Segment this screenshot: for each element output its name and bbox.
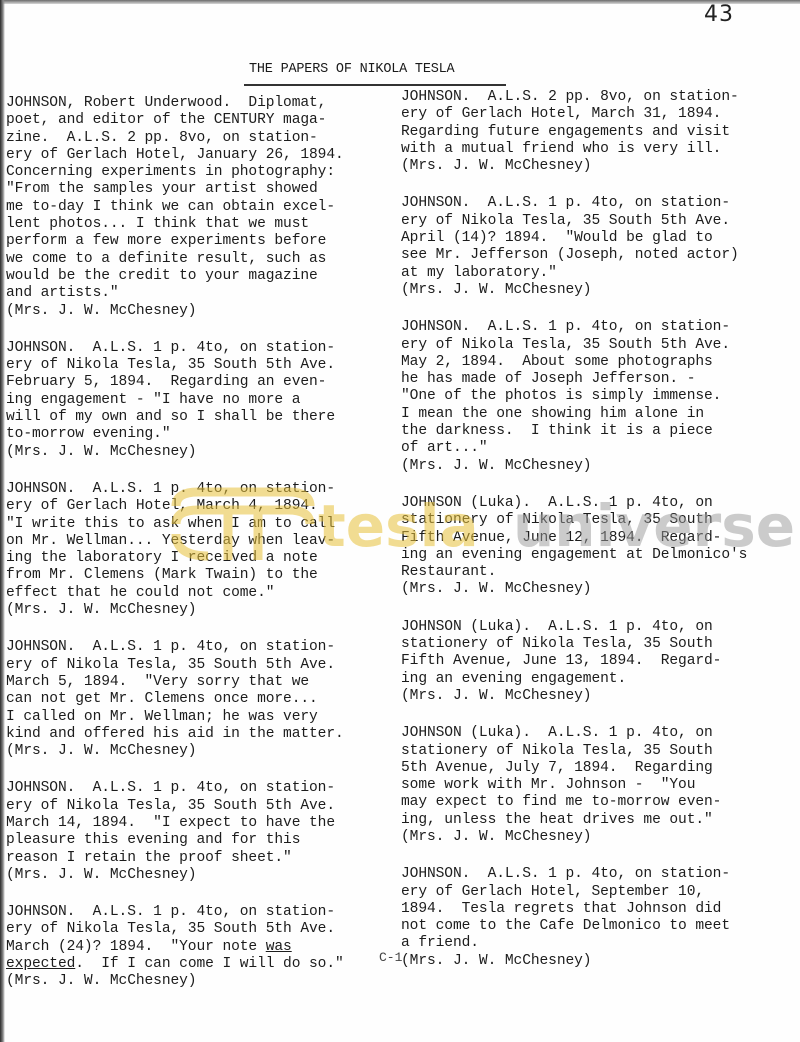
entry-line: JOHNSON. A.L.S. 1 p. 4to, on station- [401, 195, 796, 212]
catalog-entry: JOHNSON. A.L.S. 1 p. 4to, on station-ery… [6, 340, 391, 461]
entry-line: he has made of Joseph Jefferson. - [401, 371, 796, 388]
catalog-entry: JOHNSON (Luka). A.L.S. 1 p. 4to, onstati… [401, 619, 796, 705]
catalog-entry: JOHNSON. A.L.S. 1 p. 4to, on station-ery… [401, 866, 796, 970]
entry-line: "One of the photos is simply immense. [401, 388, 796, 405]
entry-line: may expect to find me to-morrow even- [401, 794, 796, 811]
entry-line: I mean the one showing him alone in [401, 406, 796, 423]
entry-line: reason I retain the proof sheet." [6, 850, 391, 867]
entry-line: ing an evening engagement. [401, 671, 796, 688]
entry-line: ery of Gerlach Hotel, January 26, 1894. [6, 147, 391, 164]
entry-line: ery of Nikola Tesla, 35 South 5th Ave. [401, 213, 796, 230]
entry-line: ery of Nikola Tesla, 35 South 5th Ave. [6, 921, 391, 938]
entry-line: kind and offered his aid in the matter. [6, 726, 391, 743]
entry-line: lent photos... I think that we must [6, 216, 391, 233]
entry-line: JOHNSON. A.L.S. 1 p. 4to, on station- [6, 639, 391, 656]
catalog-entry: JOHNSON. A.L.S. 1 p. 4to, on station-ery… [6, 481, 391, 619]
entry-line: JOHNSON. A.L.S. 1 p. 4to, on station- [6, 780, 391, 797]
entry-line: on Mr. Wellman... Yesterday when leav- [6, 533, 391, 550]
entry-line: (Mrs. J. W. McChesney) [6, 602, 391, 619]
entry-line: ing, unless the heat drives me out." [401, 812, 796, 829]
entry-line: April (14)? 1894. "Would be glad to [401, 230, 796, 247]
catalog-entry: JOHNSON. A.L.S. 1 p. 4to, on station-ery… [401, 319, 796, 475]
entry-line: "I write this to ask when I am to call [6, 516, 391, 533]
entry-line: poet, and editor of the CENTURY maga- [6, 112, 391, 129]
entry-line: (Mrs. J. W. McChesney) [401, 688, 796, 705]
entry-line: (Mrs. J. W. McChesney) [401, 581, 796, 598]
entry-line: (Mrs. J. W. McChesney) [401, 953, 796, 970]
entry-line: JOHNSON. A.L.S. 1 p. 4to, on station- [401, 319, 796, 336]
entry-line: "From the samples your artist showed [6, 181, 391, 198]
scan-top-edge [0, 0, 800, 4]
entry-line: expected. If I can come I will do so." [6, 956, 391, 973]
entry-line: JOHNSON (Luka). A.L.S. 1 p. 4to, on [401, 495, 796, 512]
entry-line: zine. A.L.S. 2 pp. 8vo, on station- [6, 130, 391, 147]
entry-line: 5th Avenue, July 7, 1894. Regarding [401, 760, 796, 777]
entry-line: Restaurant. [401, 564, 796, 581]
entry-line: (Mrs. J. W. McChesney) [401, 158, 796, 175]
entry-line: ing an evening engagement at Delmonico's [401, 547, 796, 564]
entry-line: to-morrow evening." [6, 426, 391, 443]
entry-line: (Mrs. J. W. McChesney) [6, 973, 391, 990]
entry-line: Fifth Avenue, June 12, 1894. Regard- [401, 530, 796, 547]
entry-line: with a mutual friend who is very ill. [401, 141, 796, 158]
entry-line: effect that he could not come." [6, 585, 391, 602]
entry-line: not come to the Cafe Delmonico to meet [401, 918, 796, 935]
entry-line: at my laboratory." [401, 265, 796, 282]
catalog-entry: JOHNSON. A.L.S. 2 pp. 8vo, on station-er… [401, 89, 796, 175]
entry-line: Regarding future engagements and visit [401, 124, 796, 141]
entry-line: see Mr. Jefferson (Joseph, noted actor) [401, 247, 796, 264]
right-column: JOHNSON. A.L.S. 2 pp. 8vo, on station-er… [401, 89, 796, 990]
entry-line: ery of Nikola Tesla, 35 South 5th Ave. [6, 357, 391, 374]
entry-line: JOHNSON. A.L.S. 1 p. 4to, on station- [401, 866, 796, 883]
entry-line: will of my own and so I shall be there [6, 409, 391, 426]
entry-line: Fifth Avenue, June 13, 1894. Regard- [401, 653, 796, 670]
entry-line: JOHNSON. A.L.S. 1 p. 4to, on station- [6, 340, 391, 357]
entry-line: some work with Mr. Johnson - "You [401, 777, 796, 794]
entry-line: (Mrs. J. W. McChesney) [401, 829, 796, 846]
entry-line: March 5, 1894. "Very sorry that we [6, 674, 391, 691]
entry-line: stationery of Nikola Tesla, 35 South [401, 743, 796, 760]
entry-line: stationery of Nikola Tesla, 35 South [401, 636, 796, 653]
entry-line: February 5, 1894. Regarding an even- [6, 374, 391, 391]
page-footer-label: C-1 [379, 950, 402, 965]
entry-line: May 2, 1894. About some photographs [401, 354, 796, 371]
entry-line: ing the laboratory I received a note [6, 550, 391, 567]
entry-line: JOHNSON. A.L.S. 1 p. 4to, on station- [6, 904, 391, 921]
entry-line: Concerning experiments in photography: [6, 164, 391, 181]
entry-line: from Mr. Clemens (Mark Twain) to the [6, 567, 391, 584]
catalog-entry: JOHNSON. A.L.S. 1 p. 4to, on station-ery… [6, 780, 391, 884]
entry-line: the darkness. I think it is a piece [401, 423, 796, 440]
entry-line: ery of Nikola Tesla, 35 South 5th Ave. [6, 798, 391, 815]
catalog-entry: JOHNSON (Luka). A.L.S. 1 p. 4to, onstati… [401, 495, 796, 599]
title-underline [244, 84, 506, 86]
entry-line: and artists." [6, 285, 391, 302]
scan-left-edge [0, 0, 5, 1042]
entry-line: ery of Gerlach Hotel, March 4, 1894. [6, 498, 391, 515]
entry-line: (Mrs. J. W. McChesney) [6, 867, 391, 884]
entry-line: March 14, 1894. "I expect to have the [6, 815, 391, 832]
entry-line: (Mrs. J. W. McChesney) [6, 444, 391, 461]
entry-line: can not get Mr. Clemens once more... [6, 691, 391, 708]
entry-line: stationery of Nikola Tesla, 35 South [401, 512, 796, 529]
entry-line: perform a few more experiments before [6, 233, 391, 250]
entry-line: would be the credit to your magazine [6, 268, 391, 285]
entry-line: ery of Gerlach Hotel, March 31, 1894. [401, 106, 796, 123]
entry-line: pleasure this evening and for this [6, 832, 391, 849]
catalog-entry: JOHNSON. A.L.S. 1 p. 4to, on station-ery… [401, 195, 796, 299]
entry-line: me to-day I think we can obtain excel- [6, 199, 391, 216]
entry-line: of art..." [401, 440, 796, 457]
entry-line: JOHNSON. A.L.S. 1 p. 4to, on station- [6, 481, 391, 498]
left-column: JOHNSON, Robert Underwood. Diplomat,poet… [6, 95, 391, 1011]
catalog-entry: JOHNSON (Luka). A.L.S. 1 p. 4to, onstati… [401, 725, 796, 846]
entry-line: (Mrs. J. W. McChesney) [6, 743, 391, 760]
entry-line: (Mrs. J. W. McChesney) [6, 303, 391, 320]
entry-line: JOHNSON. A.L.S. 2 pp. 8vo, on station- [401, 89, 796, 106]
entry-line: JOHNSON, Robert Underwood. Diplomat, [6, 95, 391, 112]
entry-line: I called on Mr. Wellman; he was very [6, 709, 391, 726]
entry-line: ery of Gerlach Hotel, September 10, [401, 884, 796, 901]
catalog-entry: JOHNSON, Robert Underwood. Diplomat,poet… [6, 95, 391, 320]
entry-line: a friend. [401, 935, 796, 952]
catalog-entry: JOHNSON. A.L.S. 1 p. 4to, on station-ery… [6, 639, 391, 760]
entry-line: (Mrs. J. W. McChesney) [401, 282, 796, 299]
handwritten-page-number: 43 [704, 2, 734, 27]
entry-line: JOHNSON (Luka). A.L.S. 1 p. 4to, on [401, 725, 796, 742]
entry-line: ing engagement - "I have no more a [6, 392, 391, 409]
page-title: THE PAPERS OF NIKOLA TESLA [249, 62, 454, 77]
entry-line: ery of Nikola Tesla, 35 South 5th Ave. [6, 657, 391, 674]
document-page: 43 THE PAPERS OF NIKOLA TESLA JOHNSON, R… [0, 0, 800, 1042]
entry-line: 1894. Tesla regrets that Johnson did [401, 901, 796, 918]
entry-line: ery of Nikola Tesla, 35 South 5th Ave. [401, 337, 796, 354]
entry-line: (Mrs. J. W. McChesney) [401, 458, 796, 475]
entry-line: March (24)? 1894. "Your note was [6, 939, 391, 956]
catalog-entry: JOHNSON. A.L.S. 1 p. 4to, on station-ery… [6, 904, 391, 990]
entry-line: JOHNSON (Luka). A.L.S. 1 p. 4to, on [401, 619, 796, 636]
entry-line: we come to a definite result, such as [6, 251, 391, 268]
